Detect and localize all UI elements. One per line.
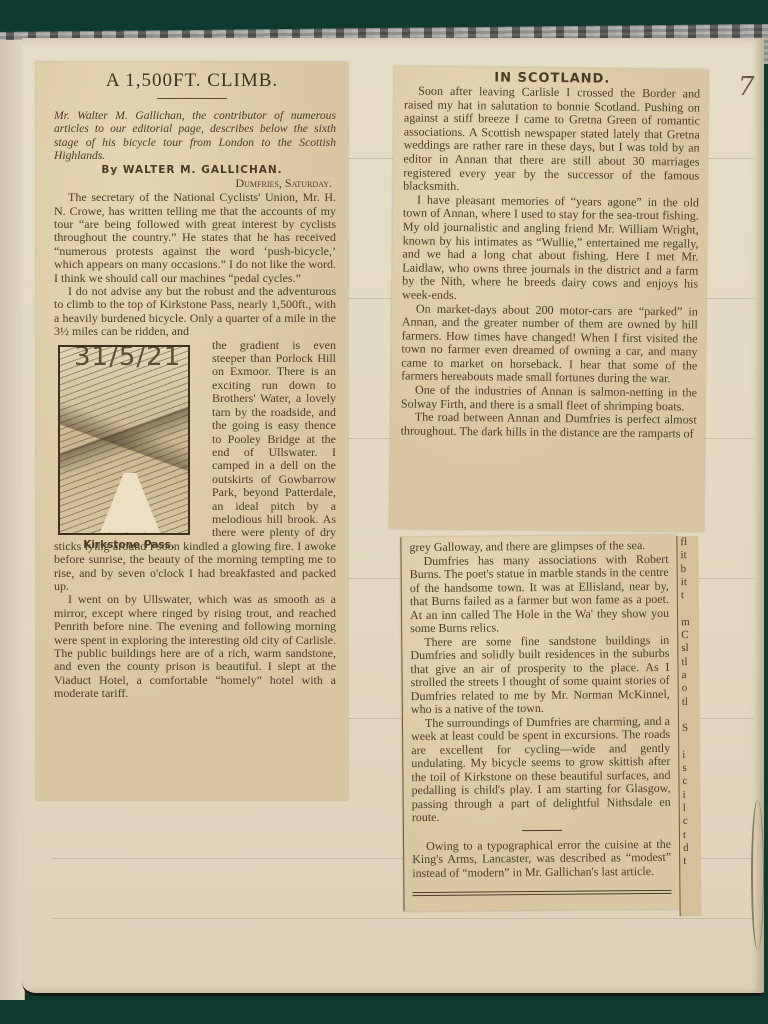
paragraph: The road between Annan and Dumfries is p… bbox=[401, 411, 697, 441]
fragment-letters: tl bbox=[681, 656, 699, 669]
fragment-letters bbox=[682, 735, 700, 748]
dateline: Dumfries, Saturday. bbox=[44, 176, 340, 191]
intro-text: Mr. Walter M. Gallichan, the contributor… bbox=[44, 109, 340, 162]
article-body: grey Galloway, and there are glimpses of… bbox=[409, 539, 671, 896]
page-curl-edge bbox=[751, 800, 764, 950]
clipping-edge-fragment: fl it b it t m C sl tl a o tl S i s c i … bbox=[676, 536, 701, 916]
paragraph: The surroundings of Dumfries are charmin… bbox=[411, 714, 671, 824]
fragment-letters: t bbox=[683, 855, 701, 868]
clipping-in-scotland: IN SCOTLAND. Soon after leaving Carlisle… bbox=[390, 66, 709, 531]
page-number: 7 bbox=[738, 72, 755, 102]
byline: By WALTER M. GALLICHAN. bbox=[44, 164, 340, 176]
hills-drawing bbox=[60, 402, 188, 482]
road-drawing bbox=[100, 473, 160, 533]
fragment-letters: l bbox=[683, 802, 701, 815]
fragment-letters: fl bbox=[680, 536, 698, 549]
article-body: Soon after leaving Carlisle I crossed th… bbox=[401, 84, 701, 441]
section-divider bbox=[521, 829, 561, 830]
article-body: The secretary of the National Cyclists' … bbox=[44, 191, 340, 700]
paragraph: On market-days about 200 motor-cars are … bbox=[401, 302, 698, 387]
fragment-letters: a bbox=[682, 669, 700, 682]
fragment-letters: c bbox=[683, 815, 701, 828]
fragment-letters: C bbox=[681, 629, 699, 642]
paragraph: I do not advise any but the robust and t… bbox=[54, 285, 336, 339]
fragment-letters: sl bbox=[681, 642, 699, 655]
illustration: 31/5/21 Kirkstone Pass. bbox=[54, 345, 204, 535]
kirkstone-pass-sketch: 31/5/21 bbox=[58, 345, 190, 535]
fragment-letters: m bbox=[681, 616, 699, 629]
ruled-line bbox=[52, 918, 754, 919]
fragment-letters: c bbox=[682, 775, 700, 788]
fragment-letters: it bbox=[680, 549, 698, 562]
paragraph: I went on by Ullswater, which was as smo… bbox=[54, 593, 336, 700]
fragment-letters: s bbox=[682, 762, 700, 775]
headline-divider bbox=[157, 98, 227, 99]
handwritten-date: 31/5/21 bbox=[74, 351, 181, 364]
headline: A 1,500FT. CLIMB. bbox=[44, 70, 340, 92]
paragraph: I have pleasant memories of “years agone… bbox=[402, 193, 699, 305]
correction-note: Owing to a typographical error the cuisi… bbox=[412, 837, 671, 880]
fragment-letters: S bbox=[682, 722, 700, 735]
fragment-letters: i bbox=[682, 749, 700, 762]
fragment-letters bbox=[682, 709, 700, 722]
fragment-letters: it bbox=[681, 576, 699, 589]
fragment-letters: t bbox=[683, 828, 701, 841]
paragraph: The secretary of the National Cyclists' … bbox=[54, 191, 336, 285]
clipping-dumfries-continued: grey Galloway, and there are glimpses of… bbox=[400, 535, 679, 911]
paragraph: There are some fine sandstone buildings … bbox=[410, 633, 670, 716]
fragment-letters: tl bbox=[682, 695, 700, 708]
fragment-letters: b bbox=[681, 563, 699, 576]
paragraph: Dumfries has many associations with Robe… bbox=[410, 552, 670, 635]
fragment-letters: i bbox=[683, 789, 701, 802]
paragraph: Soon after leaving Carlisle I crossed th… bbox=[403, 84, 700, 196]
clipping-climb-article: A 1,500FT. CLIMB. Mr. Walter M. Gallicha… bbox=[36, 62, 348, 800]
fragment-letters: t bbox=[681, 589, 699, 602]
footer-double-rule bbox=[412, 890, 671, 896]
fragment-letters: o bbox=[682, 682, 700, 695]
fragment-letters bbox=[681, 602, 699, 615]
fragment-letters: d bbox=[683, 842, 701, 855]
